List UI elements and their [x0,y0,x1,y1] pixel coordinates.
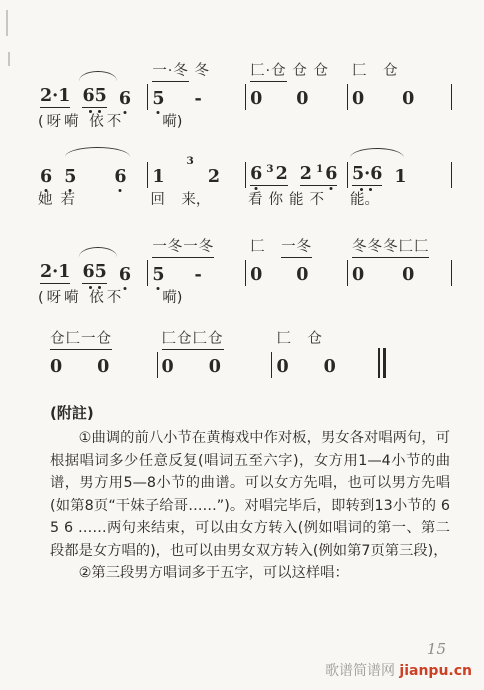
note: 5 [152,267,164,285]
measure-4: 5·6 1 [348,158,452,188]
watermark-url: jianpu.cn [399,663,472,679]
note: 6 [250,166,262,184]
lyric: (呀嗬 依不 [36,286,148,307]
lyric: 回 来， [148,188,246,209]
percussion-beat: 匚·仓 [250,63,287,82]
lyric: 嗬) [148,110,246,131]
percussion-phrase: 仓匚一仓 [46,327,158,348]
system-1: 一·冬 冬 匚·仓 仓 仓 匚 仓 2·1 65 6 5 - 0 0 0 0 [36,56,452,134]
watermark: 歌谱简谱网 jianpu.cn [325,660,472,680]
measure-2: 5 - [148,80,246,110]
note: 5 [64,169,76,187]
lyric-row: 她若 回 来， 看你能不 能。 [36,188,452,212]
rest: 0 [296,91,308,109]
percussion-phrase: 匚 仓 [348,59,452,80]
note: 1 [152,169,164,187]
dash: - [195,267,202,285]
melody-row: 6 5 6 1 3 2 6 3 2 2 1 6 [36,158,452,188]
system-2: 6 5 6 1 3 2 6 3 2 2 1 6 [36,158,452,212]
slur [350,148,404,158]
note: 6 [119,267,131,285]
system-3: 一冬一冬 匚 一冬 冬冬冬匚匚 2·1 65 6 5 - 0 0 0 0 [36,232,452,310]
beam-group: 6 3 2 [250,166,288,186]
score-page: 一·冬 冬 匚·仓 仓 仓 匚 仓 2·1 65 6 5 - 0 0 0 0 [0,0,484,690]
rest: 0 0 [162,359,221,377]
dash: - [195,91,202,109]
note: 2·1 [40,264,70,284]
melody-row: 2·1 65 6 5 - 0 0 0 0 [36,256,452,286]
percussion-phrase: 匚仓匚仓 [158,327,273,348]
rest: 0 [352,91,364,109]
note: 2 [276,166,288,184]
watermark-site-name: 歌谱简谱网 [325,663,395,679]
measure-4: 0 0 [348,80,452,110]
measure-1: 0 0 [46,348,158,378]
note: 5·6 [352,166,382,186]
percussion-row: 仓匚一仓 匚仓匚仓 匚 仓 [46,324,384,348]
rest: 0 [250,91,262,109]
percussion-phrase: 一冬一冬 [148,235,246,256]
rest: 0 [250,267,262,285]
rest: 0 [402,91,414,109]
percussion-phrase: 一·冬 冬 [148,59,246,80]
scan-artifact [6,10,8,36]
note: 2·1 [40,88,70,108]
slur [65,147,130,157]
percussion-beat: 一冬一冬 [152,239,214,258]
percussion-beat: 冬 [195,63,211,79]
measure-3: 6 3 2 2 1 6 [246,158,348,188]
note: 2 [208,169,220,187]
percussion-beat: 仓匚一仓 [50,331,112,350]
note: 1 [394,169,406,187]
measure-1: 6 5 6 [36,158,148,188]
grace-note: 3 [266,163,273,175]
scan-artifact [8,52,10,66]
annotation-section: (附註) ①曲调的前八小节在黄梅戏中作对板，男女各对唱两句，可根据唱词多少任意反… [36,402,452,585]
note: 6 [40,169,52,187]
note: 6 [114,169,126,187]
measure-3: 0 0 [246,80,348,110]
percussion-phrase: 匚 一冬 [246,235,348,256]
note: 2 [300,166,312,184]
note: 5 [152,91,164,109]
beam-group: 2 1 6 [300,166,338,186]
annotation-title: (附註) [50,402,450,423]
percussion-beat: 一·冬 [152,63,189,82]
rest: 0 [402,267,414,285]
percussion-phrase: 匚·仓 仓 仓 [246,59,348,80]
note: 65 [82,264,106,284]
percussion-beat: 匚 [250,239,266,255]
percussion-phrase: 冬冬冬匚匚 [348,235,452,256]
rest: 0 [296,267,308,285]
lyric-row: (呀嗬 依不 嗬) [36,286,452,310]
measure-2: 0 0 [158,348,273,378]
annotation-paragraph-2: ②第三段男方唱词多于五字，可以这样唱： [50,562,450,585]
measure-1: 2·1 65 6 [36,256,148,286]
percussion-beat: 仓 仓 [292,63,329,79]
page-number: 15 [325,640,446,658]
lyric: (呀嗬 依不 [36,110,148,131]
melody-row: 2·1 65 6 5 - 0 0 0 0 [36,80,452,110]
percussion-beat: 匚仓匚仓 [162,331,224,350]
measure-3: 0 0 [272,348,384,378]
rest-row: 0 0 0 0 0 0 [46,348,384,378]
lyric: 她若 [36,188,148,209]
measure-4: 0 0 [348,256,452,286]
note: 6 [119,91,131,109]
note: 6 [325,166,337,184]
lyric: 嗬) [148,286,246,307]
grace-note: 3 [187,155,194,167]
percussion-beat: 冬冬冬匚匚 [352,239,430,258]
percussion-phrase: 匚 仓 [272,327,384,348]
lyric-row: (呀嗬 依不 嗬) [36,110,452,134]
rest: 0 0 [50,359,109,377]
note: 65 [82,88,106,108]
rest: 0 0 [276,359,335,377]
measure-3: 0 0 [246,256,348,286]
lyric: 看你能不 [246,188,348,209]
annotation-paragraph-1: ①曲调的前八小节在黄梅戏中作对板，男女各对唱两句，可根据唱词多少任意反复(唱词五… [50,427,450,562]
percussion-beat: 一冬 [281,239,312,258]
measure-2: 1 3 2 [148,158,246,188]
grace-note: 1 [316,163,323,175]
measure-2: 5 - [148,256,246,286]
lyric: 能。 [348,188,452,209]
system-4: 仓匚一仓 匚仓匚仓 匚 仓 0 0 0 0 0 0 [46,324,384,378]
rest: 0 [352,267,364,285]
page-footer: 15 歌谱简谱网 jianpu.cn [325,640,472,680]
measure-1: 2·1 65 6 [36,80,148,110]
